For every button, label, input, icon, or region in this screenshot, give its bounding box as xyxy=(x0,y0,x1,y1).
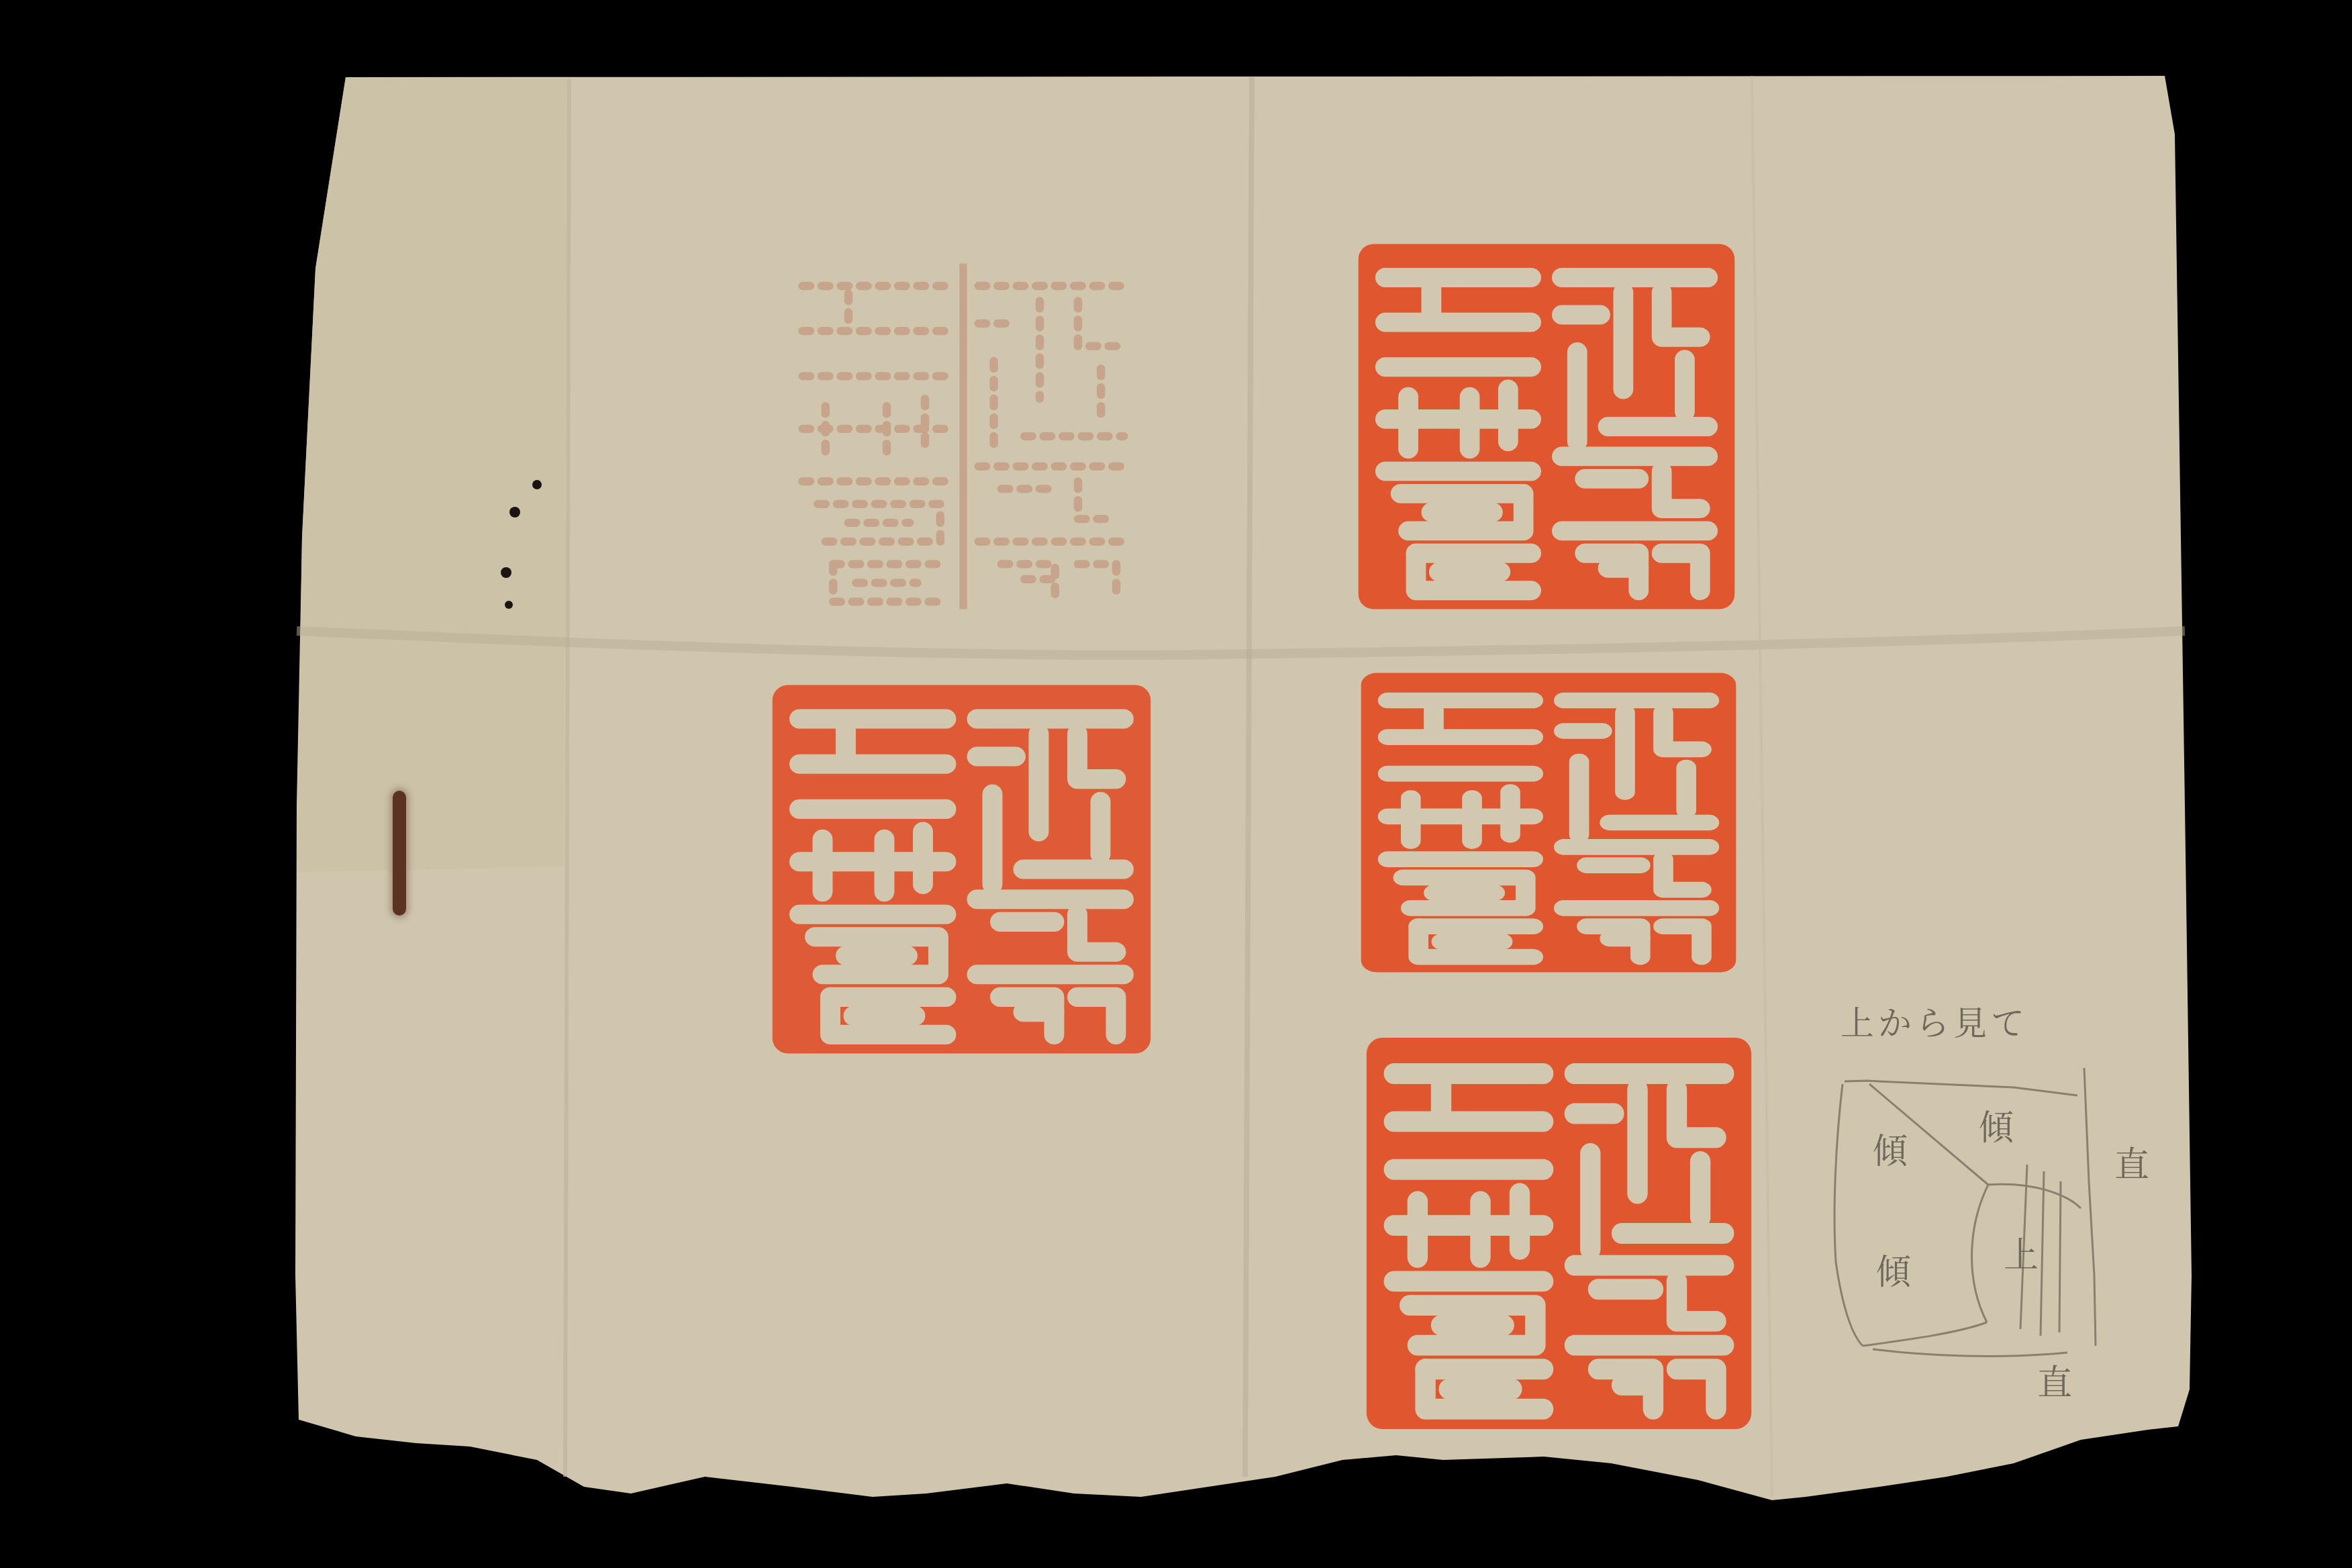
sketch-label: 上 xyxy=(2004,1238,2039,1273)
pin-hole xyxy=(501,567,511,578)
sketch-label: 傾 xyxy=(1873,1134,1908,1169)
paper-sheet xyxy=(0,0,2352,1568)
seal-middle-left xyxy=(769,681,1155,1057)
pin-hole xyxy=(532,480,542,489)
seal-top-right xyxy=(1355,240,1738,613)
seal-faint-top-left xyxy=(772,248,1155,624)
pencil-heading: 上から見て xyxy=(1841,1007,2028,1040)
sketch-label: 傾 xyxy=(1876,1255,1911,1290)
seal-bottom-right xyxy=(1363,1034,1755,1433)
rust-staple-mark xyxy=(393,791,406,916)
seal-middle-right xyxy=(1357,670,1740,975)
photo-background: 上から見て 傾傾傾上直直 xyxy=(0,0,2352,1568)
sketch-label: 傾 xyxy=(1979,1111,2014,1146)
pin-hole xyxy=(505,601,513,609)
pin-hole xyxy=(509,507,520,518)
sketch-label: 直 xyxy=(2037,1366,2072,1401)
sketch-label: 直 xyxy=(2114,1148,2149,1183)
